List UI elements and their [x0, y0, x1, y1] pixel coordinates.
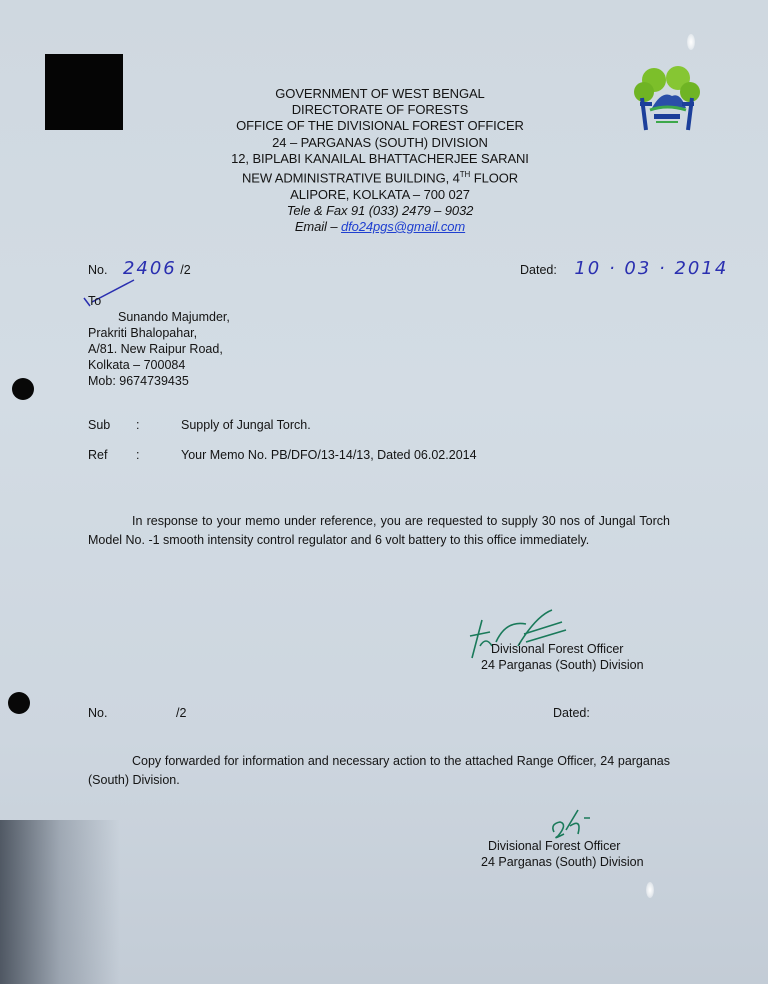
recipient-address: To Sunando Majumder, Prakriti Bhalopahar… [88, 293, 230, 389]
copy-no-suffix: /2 [176, 706, 186, 720]
recipient-line: Prakriti Bhalopahar, [88, 325, 230, 341]
copy-text: Copy forwarded for information and neces… [88, 754, 670, 787]
recipient-mobile: Mob: 9674739435 [88, 373, 230, 389]
recipient-name: Sunando Majumder, [88, 309, 230, 325]
handwritten-letter-number: 2406 [123, 258, 177, 279]
letterhead-building: NEW ADMINISTRATIVE BUILDING, 4TH FLOOR [200, 167, 560, 187]
copy-no-label: No. [88, 706, 107, 720]
letterhead-line: GOVERNMENT OF WEST BENGAL [200, 86, 560, 102]
building-text: NEW ADMINISTRATIVE BUILDING, 4 [242, 170, 460, 185]
letter-number: No. 2406 /2 [88, 258, 191, 279]
handwritten-date: 10 · 03 · 2014 [574, 258, 728, 279]
light-glare [687, 34, 695, 50]
letterhead-phone: Tele & Fax 91 (033) 2479 – 9032 [200, 203, 560, 219]
letterhead-line: OFFICE OF THE DIVISIONAL FOREST OFFICER [200, 118, 560, 134]
copy-paragraph: Copy forwarded for information and neces… [88, 752, 670, 789]
letterhead-email: Email – dfo24pgs@gmail.com [200, 219, 560, 235]
body-text: In response to your memo under reference… [88, 514, 670, 547]
letterhead-line: DIRECTORATE OF FORESTS [200, 102, 560, 118]
signatory-division: 24 Parganas (South) Division [481, 854, 644, 870]
building-floor: FLOOR [470, 170, 518, 185]
signatory-title: Divisional Forest Officer [488, 838, 644, 854]
subject-sep: : [136, 418, 139, 432]
subject-label: Sub [88, 418, 110, 432]
signature-block-2: Divisional Forest Officer 24 Parganas (S… [488, 838, 644, 870]
reference-value: Your Memo No. PB/DFO/13-14/13, Dated 06.… [181, 448, 477, 462]
signatory-division: 24 Parganas (South) Division [481, 657, 644, 673]
signatory-title: Divisional Forest Officer [491, 641, 644, 657]
recipient-line: A/81. New Raipur Road, [88, 341, 230, 357]
dated-label: Dated: [520, 263, 557, 277]
signature-block-1: Divisional Forest Officer 24 Parganas (S… [491, 641, 644, 673]
redaction-box [45, 54, 123, 130]
no-label: No. [88, 263, 107, 277]
letterhead: GOVERNMENT OF WEST BENGAL DIRECTORATE OF… [200, 86, 560, 235]
email-label: Email – [295, 219, 341, 234]
light-glare [646, 882, 654, 898]
reference-sep: : [136, 448, 139, 462]
letterhead-line: 12, BIPLABI KANAILAL BHATTACHERJEE SARAN… [200, 151, 560, 167]
subject-value: Supply of Jungal Torch. [181, 418, 311, 432]
punch-hole-bottom [8, 692, 30, 714]
recipient-line: Kolkata – 700084 [88, 357, 230, 373]
letterhead-city: ALIPORE, KOLKATA – 700 027 [200, 187, 560, 203]
punch-hole-top [12, 378, 34, 400]
forest-department-logo-icon [632, 64, 702, 132]
copy-dated-label: Dated: [553, 706, 590, 720]
reference-label: Ref [88, 448, 107, 462]
to-label: To [88, 293, 230, 309]
no-suffix: /2 [180, 263, 190, 277]
photo-shadow [0, 820, 120, 984]
body-paragraph: In response to your memo under reference… [88, 512, 670, 549]
letterhead-line: 24 – PARGANAS (SOUTH) DIVISION [200, 135, 560, 151]
letter-date: Dated: 10 · 03 · 2014 [520, 258, 728, 279]
building-sup: TH [460, 170, 470, 179]
email-link[interactable]: dfo24pgs@gmail.com [341, 219, 465, 234]
